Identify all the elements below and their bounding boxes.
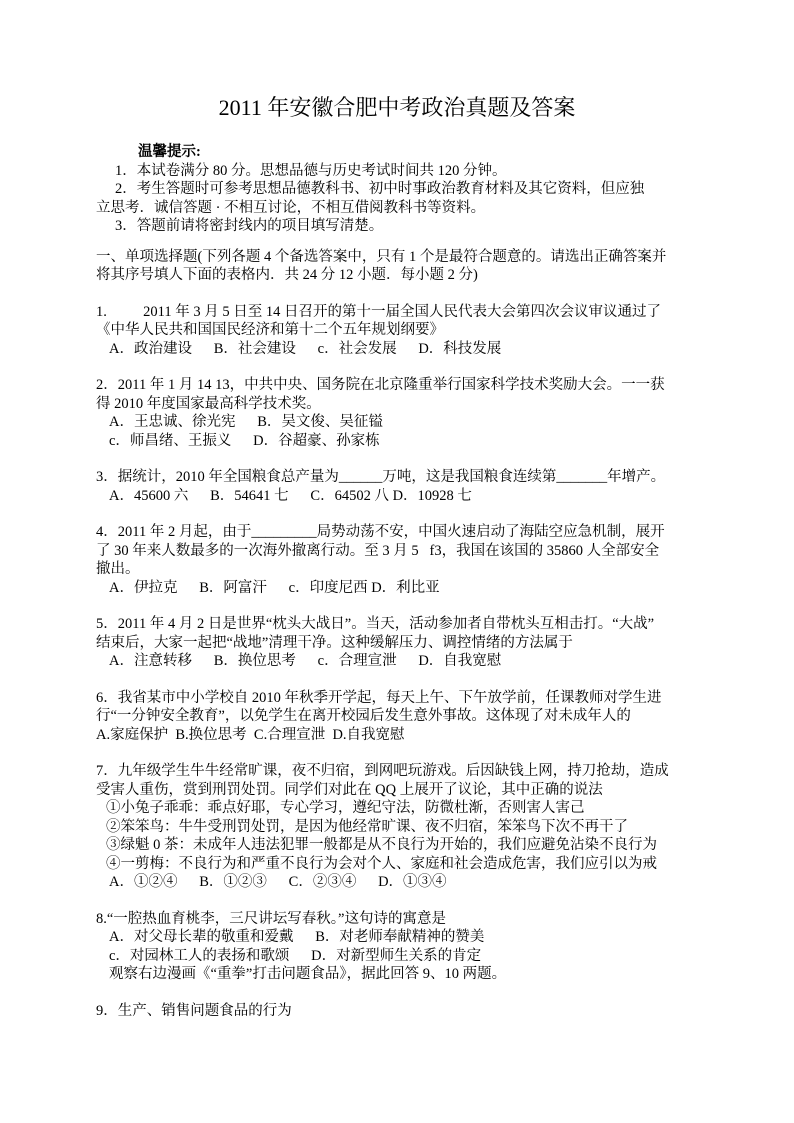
- question-stem-line: 9．生产、销售问题食品的行为: [96, 1002, 698, 1021]
- question-2: 2．2011 年 1 月 14 13，中共中央、国务院在北京隆重举行国家科学技术…: [96, 376, 698, 450]
- notice-line: 立思考．诚信答题 · 不相互讨论，不相互借阅教科书等资料。: [96, 199, 698, 218]
- question-stem-line: 3．据统计，2010 年全国粮食总产量为______万吨，这是我国粮食连续第__…: [96, 468, 698, 487]
- question-7: 7．九年级学生牛牛经常旷课，夜不归宿，到网吧玩游戏。后因缺钱上网，持刀抢劫，造成…: [96, 762, 698, 892]
- sub-option-line: ③绿魁 0 茶：未成年人违法犯罪一般都是从不良行为开始的，我们应避免沾染不良行为: [96, 836, 698, 855]
- question-1: 1. 2011 年 3 月 5 日至 14 日召开的第十一届全国人民代表大会第四…: [96, 303, 698, 359]
- question-stem-line: 撤出。: [96, 560, 698, 579]
- notice-header: 温馨提示:: [96, 143, 698, 162]
- question-stem-line: 6．我省某市中小学校自 2010 年秋季开学起，每天上午、下午放学前，任课教师对…: [96, 689, 698, 708]
- question-stem-line: 受害人重伤，赏到刑罚处罚。同学们对此在 QQ 上展开了议论，其中正确的说法: [96, 781, 698, 800]
- option-line: A.家庭保护 B.换位思考 C.合理宣泄 D.自我宽慰: [96, 726, 698, 745]
- question-6: 6．我省某市中小学校自 2010 年秋季开学起，每天上午、下午放学前，任课教师对…: [96, 689, 698, 745]
- notice-block: 温馨提示: 1．本试卷满分 80 分。思想品德与历史考试时间共 120 分钟。 …: [96, 143, 698, 236]
- question-8: 8.“一腔热血育桃李，三尺讲坛写春秋。”这句诗的寓意是 A．对父母长辈的敬重和爱…: [96, 910, 698, 984]
- question-stem-line: 了 30 年来人数最多的一次海外撤离行动。至 3 月 5 f3，我国在该国的 3…: [96, 542, 698, 561]
- option-line: A．①②④ B．①②③ C．②③④ D．①③④: [96, 873, 698, 892]
- option-line: A．对父母长辈的敬重和爱戴 B．对老师奉献精神的赞美: [96, 928, 698, 947]
- question-stem-line: 结束后，大家一起把“战地”清理干净。这种缓解压力、调控情绪的方法属于: [96, 634, 698, 653]
- question-stem-line: 8.“一腔热血育桃李，三尺讲坛写春秋。”这句诗的寓意是: [96, 910, 698, 929]
- sub-option-line: ②笨笨鸟：牛牛受刑罚处罚，是因为他经常旷课、夜不归宿，笨笨鸟下次不再干了: [96, 818, 698, 837]
- question-stem-line: 4．2011 年 2 月起，由于_________局势动荡不安，中国火速启动了海…: [96, 523, 698, 542]
- sub-option-line: ①小兔子乖乖：乖点好耶，专心学习，遵纪守法，防微杜渐，否则害人害己: [96, 799, 698, 818]
- notice-line: 1．本试卷满分 80 分。思想品德与历史考试时间共 120 分钟。: [96, 162, 698, 181]
- notice-line: 2．考生答题时可参考思想品德教科书、初中时事政治教育材料及其它资料，但应独: [96, 180, 698, 199]
- document-page: 2011 年安徽合肥中考政治真题及答案 温馨提示: 1．本试卷满分 80 分。思…: [0, 0, 794, 1123]
- question-stem-line: 行“一分钟安全教育”，以免学生在离开校园后发生意外事故。这体现了对未成年人的: [96, 707, 698, 726]
- section-header: 一、单项选择题(下列各题 4 个备选答案中，只有 1 个是最符合题意的。请选出正…: [96, 248, 698, 285]
- question-stem-line: 《中华人民共和国国民经济和第十二个五年规划纲要》: [96, 321, 698, 340]
- question-5: 5．2011 年 4 月 2 日是世界“枕头大战日”。当天，活动参加者自带枕头互…: [96, 615, 698, 671]
- document-content: 2011 年安徽合肥中考政治真题及答案 温馨提示: 1．本试卷满分 80 分。思…: [96, 95, 698, 1038]
- option-line: c．对园林工人的表扬和歌颂 D．对新型师生关系的肯定: [96, 947, 698, 966]
- question-stem-line: 2．2011 年 1 月 14 13，中共中央、国务院在北京隆重举行国家科学技术…: [96, 376, 698, 395]
- section-header-line: 一、单项选择题(下列各题 4 个备选答案中，只有 1 个是最符合题意的。请选出正…: [96, 248, 698, 267]
- note-line: 观察右边漫画《“重拳”打击问题食品》，据此回答 9、10 两题。: [96, 965, 698, 984]
- question-3: 3．据统计，2010 年全国粮食总产量为______万吨，这是我国粮食连续第__…: [96, 468, 698, 505]
- question-stem-line: 7．九年级学生牛牛经常旷课，夜不归宿，到网吧玩游戏。后因缺钱上网，持刀抢劫，造成: [96, 762, 698, 781]
- question-stem-line: 得 2010 年度国家最高科学技术奖。: [96, 395, 698, 414]
- option-line: A．王忠诚、徐光宪 B．吴文俊、吴征镒: [96, 413, 698, 432]
- question-9: 9．生产、销售问题食品的行为: [96, 1002, 698, 1021]
- option-line: A．政治建设 B．社会建设 c．社会发展 D．科技发展: [96, 340, 698, 359]
- section-header-line: 将其序号填人下面的表格内．共 24 分 12 小题．每小题 2 分): [96, 266, 698, 285]
- question-stem-line: 1. 2011 年 3 月 5 日至 14 日召开的第十一届全国人民代表大会第四…: [96, 303, 698, 322]
- option-line: A．伊拉克 B．阿富汗 c．印度尼西 D．利比亚: [96, 579, 698, 598]
- notice-line: 3．答题前请将密封线内的项目填写清楚。: [96, 217, 698, 236]
- question-stem-line: 5．2011 年 4 月 2 日是世界“枕头大战日”。当天，活动参加者自带枕头互…: [96, 615, 698, 634]
- option-line: c．师昌绪、王振义 D．谷超豪、孙家栋: [96, 432, 698, 451]
- sub-option-line: ④一剪梅：不良行为和严重不良行为会对个人、家庭和社会造成危害，我们应引以为戒: [96, 855, 698, 874]
- doc-title: 2011 年安徽合肥中考政治真题及答案: [96, 95, 698, 120]
- question-4: 4．2011 年 2 月起，由于_________局势动荡不安，中国火速启动了海…: [96, 523, 698, 597]
- option-line: A．注意转移 B．换位思考 c．合理宣泄 D．自我宽慰: [96, 652, 698, 671]
- option-line: A．45600 六 B．54641 七 C．64502 八 D．10928 七: [96, 487, 698, 506]
